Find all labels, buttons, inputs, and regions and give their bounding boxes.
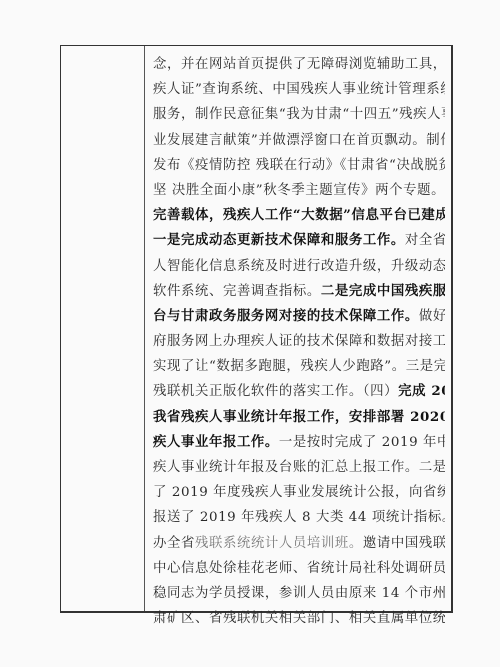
text-segment: 邀请中国残联信息 [363, 536, 445, 551]
content-table: 念，并在网站首页提供了无障碍浏览辅助工具，“二代残疾人证”查询系统、中国残疾人事… [60, 45, 453, 613]
table-left-column [61, 46, 145, 611]
text-line: 念，并在网站首页提供了无障碍浏览辅助工具，“二代残 [153, 52, 445, 77]
text-segment: 对全省残疾 [405, 233, 445, 248]
text-segment: 了 2019 年度残疾人事业发展统计公报，向省统计局 [153, 485, 445, 500]
text-segment: 做好在政 [419, 309, 445, 324]
text-line: 府服务网上办理疾人证的技术保障和数据对接工作， [153, 329, 445, 354]
text-segment: 残联系统统计人员培训班。 [195, 536, 363, 551]
text-segment: 肃矿区、省残联机关相关部门、相关直属单位统计工 [153, 611, 445, 626]
text-line: 软件系统、完善调查指标。二是完成中国残疾服务平 [153, 279, 445, 304]
text-segment: 残联机关正版化软件的落实工作。（四） [153, 384, 398, 399]
text-segment: 坚 决胜全面小康”秋冬季主题宣传》两个专题。（三） [153, 183, 445, 198]
text-line: 中心信息处徐桂花老师、省统计局社科处调研员马三 [153, 556, 445, 581]
text-segment: 台与甘肃政务服务网对接的技术保障工作。 [153, 308, 419, 324]
text-segment: 发布《疫情防控 残联在行动》《甘肃省“决战脱贫攻 [153, 158, 445, 173]
text-segment: 服务，制作民意征集“我为甘肃“十四五”残疾人事 [153, 107, 445, 122]
text-segment: 软件系统、完善调查指标。 [153, 284, 321, 299]
text-line: 肃矿区、省残联机关相关部门、相关直属单位统计工 [153, 606, 445, 631]
text-segment: 一是按时完成了 2019 年中国残 [279, 435, 445, 450]
text-segment: 中心信息处徐桂花老师、省统计局社科处调研员马三 [153, 561, 445, 576]
text-line: 办全省残联系统统计人员培训班。邀请中国残联信息 [153, 531, 445, 556]
text-line: 服务，制作民意征集“我为甘肃“十四五”残疾人事 [153, 102, 445, 127]
text-line: 完善载体，残疾人工作“大数据”信息平台已建成。 [153, 203, 445, 228]
text-segment: 人智能化信息系统及时进行改造升级，升级动态更新 [153, 259, 445, 274]
text-line: 台与甘肃政务服务网对接的技术保障工作。做好在政 [153, 304, 445, 329]
text-segment: 二是完成中国残疾服务平 [321, 283, 445, 299]
text-segment: 业发展建言献策”并做漂浮窗口在首页飘动。制作并 [153, 133, 445, 148]
text-line: 稳同志为学员授课，参训人员由原来 14 个市州、甘 [153, 581, 445, 606]
text-line: 疾人事业年报工作。一是按时完成了 2019 年中国残 [153, 430, 445, 455]
text-segment: 我省残疾人事业统计年报工作，安排部署 2020 年残 [153, 409, 445, 425]
text-segment: 稳同志为学员授课，参训人员由原来 14 个市州、甘 [153, 586, 445, 601]
text-segment: 疾人证”查询系统、中国残疾人事业统计管理系统等链接 [153, 82, 445, 97]
text-line: 疾人证”查询系统、中国残疾人事业统计管理系统等链接 [153, 77, 445, 102]
text-line: 实现了让“数据多跑腿，残疾人少跑路”。三是完成了 [153, 354, 445, 379]
text-line: 报送了 2019 年残疾人 8 大类 44 项统计指标。三是举 [153, 505, 445, 530]
text-segment: 府服务网上办理疾人证的技术保障和数据对接工作， [153, 334, 445, 349]
text-line: 了 2019 年度残疾人事业发展统计公报，向省统计局 [153, 480, 445, 505]
table-text-column: 念，并在网站首页提供了无障碍浏览辅助工具，“二代残疾人证”查询系统、中国残疾人事… [145, 46, 451, 611]
text-segment: 念，并在网站首页提供了无障碍浏览辅助工具，“二代残 [153, 57, 445, 72]
text-line: 人智能化信息系统及时进行改造升级，升级动态更新 [153, 254, 445, 279]
text-line: 残联机关正版化软件的落实工作。（四）完成 2019 年 [153, 379, 445, 404]
text-segment: 一是完成动态更新技术保障和服务工作。 [153, 232, 405, 248]
text-segment: 报送了 2019 年残疾人 8 大类 44 项统计指标。三是举 [153, 510, 445, 525]
text-segment: 完善载体，残疾人工作“大数据”信息平台已建成。 [153, 207, 445, 223]
text-segment: 完成 2019 年 [398, 383, 445, 399]
text-line: 我省残疾人事业统计年报工作，安排部署 2020 年残 [153, 405, 445, 430]
text-line: 疾人事业统计年报及台账的汇总上报工作。二是发布 [153, 455, 445, 480]
text-line: 业发展建言献策”并做漂浮窗口在首页飘动。制作并 [153, 128, 445, 153]
text-line: 发布《疫情防控 残联在行动》《甘肃省“决战脱贫攻 [153, 153, 445, 178]
text-line: 坚 决胜全面小康”秋冬季主题宣传》两个专题。（三） [153, 178, 445, 203]
text-segment: 疾人事业统计年报及台账的汇总上报工作。二是发布 [153, 460, 445, 475]
text-segment: 实现了让“数据多跑腿，残疾人少跑路”。三是完成了 [153, 359, 445, 374]
text-segment: 办全省 [153, 536, 195, 551]
text-line: 一是完成动态更新技术保障和服务工作。对全省残疾 [153, 228, 445, 253]
text-segment: 疾人事业年报工作。 [153, 434, 279, 450]
